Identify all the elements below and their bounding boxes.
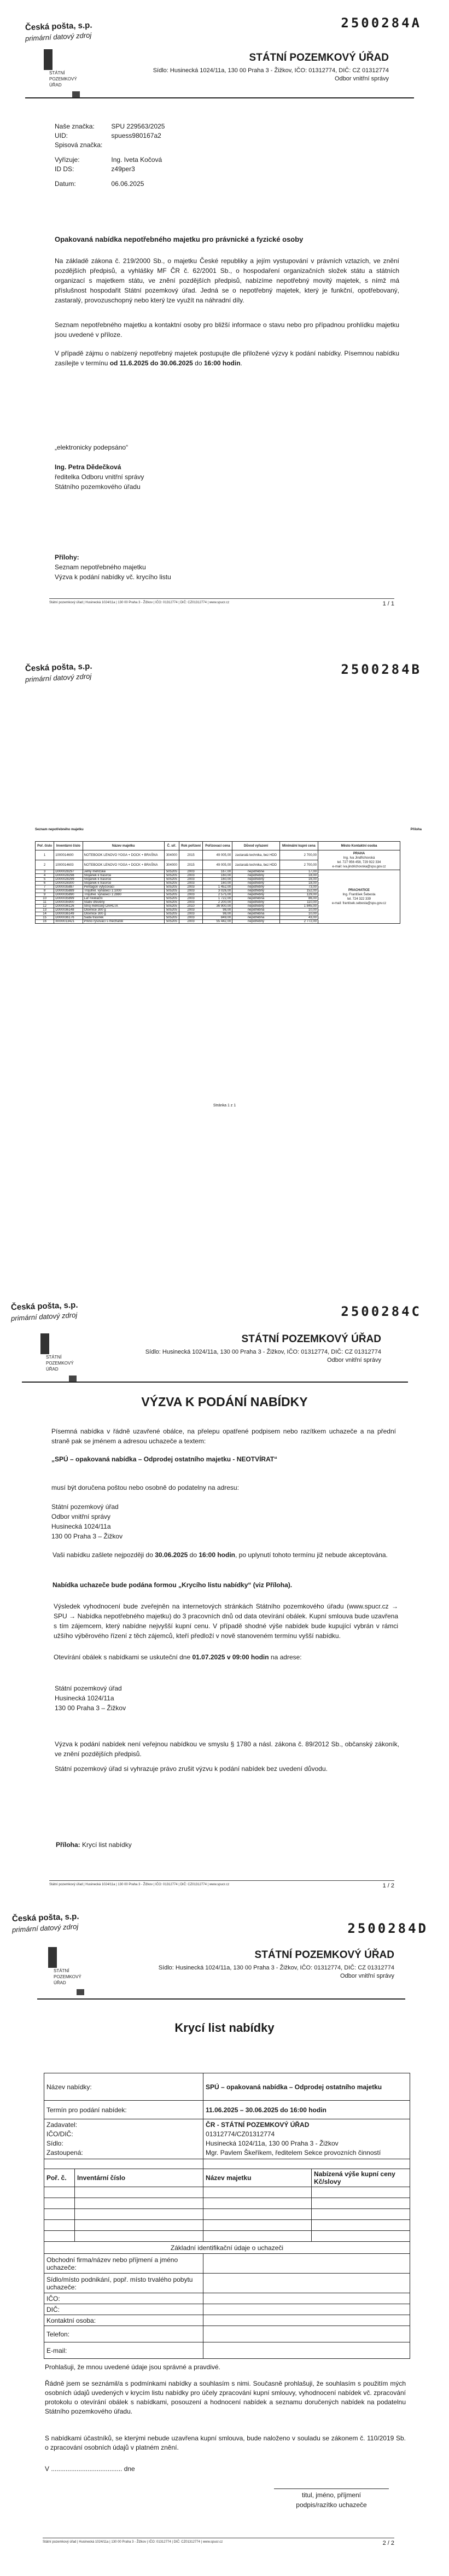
offer-item-cell[interactable]	[203, 2220, 312, 2231]
ceska-posta-mark: Česká pošta, s.p. primární datový zdroj	[11, 1303, 78, 1322]
attachment-note: Příloha: Krycí list nabídky	[56, 1840, 400, 1849]
column-header: Název majetku	[83, 842, 164, 850]
letter-heading: Opakovaná nabídka nepotřebného majetku p…	[55, 235, 399, 244]
org-header: STÁTNÍ POZEMKOVÝ ÚŘAD Sídlo: Husinecká 1…	[159, 1949, 394, 1979]
declaration: Řádně jsem se seznámil/a s podmínkami na…	[45, 2379, 406, 2416]
letter-paragraph: Výzva k podání nabídek není veřejnou nab…	[55, 1739, 399, 1759]
place-date-field[interactable]: V ......................................…	[45, 2464, 389, 2473]
offer-item-cell[interactable]	[312, 2187, 410, 2198]
letter-paragraph: Výsledek vyhodnocení bude zveřejněn na i…	[54, 1601, 398, 1641]
letter-paragraph: Otevírání obálek s nabídkami se uskutečn…	[54, 1653, 398, 1662]
contact-cell: PRACHATICEIng. František Šebestatel. 724…	[318, 870, 400, 924]
offer-item-cell[interactable]	[312, 2198, 410, 2209]
offer-item-cell[interactable]	[75, 2187, 203, 2198]
column-header: Důvod vyřazení	[232, 842, 280, 850]
document-stamp: 2500284C	[341, 1304, 422, 1319]
offer-item-cell[interactable]	[312, 2231, 410, 2242]
offer-item-cell[interactable]	[44, 2209, 75, 2220]
page-title: VÝZVA K PODÁNÍ NABÍDKY	[0, 1395, 449, 1409]
bidder-name-field[interactable]	[203, 2254, 410, 2274]
letter-paragraph: Státní pozemkový úřad si vyhrazuje právo…	[55, 1764, 399, 1773]
column-header: Poř. číslo	[36, 842, 54, 850]
offer-item-cell[interactable]	[75, 2198, 203, 2209]
letter-paragraph: Na základě zákona č. 219/2000 Sb., o maj…	[55, 256, 399, 305]
offer-item-cell[interactable]	[44, 2198, 75, 2209]
org-header: STÁTNÍ POZEMKOVÝ ÚŘAD Sídlo: Husinecká 1…	[153, 52, 389, 82]
offer-item-cell[interactable]	[44, 2187, 75, 2198]
spu-logo-icon: STÁTNÍPOZEMKOVÝÚŘAD	[48, 1947, 92, 1995]
org-header: STÁTNÍ POZEMKOVÝ ÚŘAD Sídlo: Husinecká 1…	[145, 1333, 381, 1363]
letter-paragraph: musí být doručena poštou nebo osobně do …	[51, 1483, 396, 1492]
column-header: Pořizovací cena	[203, 842, 232, 850]
asset-table: Poř. čísloInventární čísloNázev majetkuČ…	[35, 841, 400, 924]
page-title: Krycí list nabídky	[0, 2021, 449, 2035]
page-footer: Státní pozemkový úřad | Husinecká 1024/1…	[43, 2538, 394, 2544]
table-row: 11000014600NOTEBOOK LENOVO YOGA + DOCK +…	[36, 850, 400, 860]
contact-cell: PRAHAIng. Iva Jindřichovskátel. 727 956 …	[318, 850, 400, 870]
bidder-phone-field[interactable]	[203, 2326, 410, 2342]
spu-logo-icon: STÁTNÍPOZEMKOVÝÚŘAD	[44, 49, 88, 97]
offer-item-cell[interactable]	[203, 2198, 312, 2209]
document-stamp: 2500284D	[347, 1921, 428, 1936]
offer-item-cell[interactable]	[44, 2220, 75, 2231]
letter-paragraph: V případě zájmu o nabízený nepotřebný ma…	[55, 348, 399, 368]
document-stamp: 2500284A	[341, 15, 422, 31]
reference-meta: Naše značka:SPU 229563/2025 UID:spuess98…	[54, 121, 173, 189]
offer-item-cell[interactable]	[203, 2209, 312, 2220]
list-title: Seznam nepotřebného majetku	[35, 828, 84, 831]
signature-note: „elektronicky podepsáno“	[55, 443, 399, 452]
table-row: 3D000028297Jehly měřičské5052052003167,0…	[36, 870, 400, 874]
spu-logo-icon: STÁTNÍPOZEMKOVÝÚŘAD	[40, 1333, 84, 1382]
letter-paragraph: Seznam nepotřebného majetku a kontaktní …	[55, 320, 399, 340]
offer-item-cell[interactable]	[312, 2209, 410, 2220]
header-divider	[22, 1382, 408, 1383]
letter-paragraph: Písemná nabídka v řádně uzavřené obálce,…	[51, 1426, 396, 1446]
declaration: Prohlašuji, že mnou uvedené údaje jsou s…	[45, 2363, 406, 2371]
header-divider	[37, 1998, 405, 2000]
column-header: Rok pořízení	[179, 842, 203, 850]
column-header: Město Kontaktní osoba	[318, 842, 400, 850]
letter-paragraph: Nabídka uchazeče bude podána formou „Kry…	[53, 1581, 397, 1589]
bidder-ico-field[interactable]	[203, 2293, 410, 2304]
list-tag: Příloha	[411, 828, 422, 831]
attachments: Přílohy: Seznam nepotřebného majetku Výz…	[55, 552, 399, 582]
offer-item-cell[interactable]	[203, 2231, 312, 2242]
header-divider	[25, 97, 414, 98]
offer-item-cell[interactable]	[312, 2220, 410, 2231]
ceska-posta-mark: Česká pošta, s.p. primární datový zdroj	[25, 664, 92, 684]
bidder-contact-field[interactable]	[203, 2315, 410, 2326]
signature-block: titul, jméno, příjmení podpis/razítko uc…	[274, 2488, 389, 2510]
page-footer: Státní pozemkový úřad | Husinecká 1024/1…	[49, 598, 394, 604]
column-header: Č. síř.	[164, 842, 179, 850]
offer-item-cell[interactable]	[44, 2231, 75, 2242]
offer-item-cell[interactable]	[75, 2231, 203, 2242]
bidder-address-field[interactable]	[203, 2274, 410, 2293]
envelope-text: „SPÚ – opakovaná nabídka – Odprodej osta…	[51, 1455, 396, 1464]
column-header: Minimální kupní cena	[279, 842, 318, 850]
document-stamp: 2500284B	[341, 662, 422, 677]
letter-paragraph: Vaši nabídku zašlete nejpozději do 30.06…	[53, 1550, 397, 1560]
page-label: Stránka 1 z 1	[0, 1104, 449, 1108]
opening-address: Státní pozemkový úřadHusinecká 1024/11a1…	[55, 1683, 399, 1713]
bidder-dic-field[interactable]	[203, 2304, 410, 2315]
page-1: Česká pošta, s.p. primární datový zdroj …	[0, 0, 449, 645]
column-header: Inventární číslo	[54, 842, 83, 850]
delivery-address: Státní pozemkový úřadOdbor vnitřní správ…	[51, 1502, 396, 1541]
page-2: Česká pošta, s.p. primární datový zdroj …	[0, 645, 449, 1291]
ceska-posta-mark: Česká pošta, s.p. primární datový zdroj	[25, 23, 92, 43]
page-4: Česká pošta, s.p. primární datový zdroj …	[0, 1892, 449, 2576]
ceska-posta-mark: Česká pošta, s.p. primární datový zdroj	[12, 1914, 79, 1934]
page-footer: Státní pozemkový úřad | Husinecká 1024/1…	[49, 1880, 394, 1886]
declaration: S nabídkami účastníků, se kterými nebude…	[45, 2434, 406, 2452]
page-3: Česká pošta, s.p. primární datový zdroj …	[0, 1291, 449, 1892]
offer-item-cell[interactable]	[75, 2220, 203, 2231]
offer-item-cell[interactable]	[203, 2187, 312, 2198]
bidder-email-field[interactable]	[203, 2342, 410, 2359]
offer-item-cell[interactable]	[75, 2209, 203, 2220]
signature-block: Ing. Petra Dědečková ředitelka Odboru vn…	[55, 462, 399, 492]
cover-sheet-form: Název nabídky:SPÚ – opakovaná nabídka – …	[44, 2073, 410, 2359]
